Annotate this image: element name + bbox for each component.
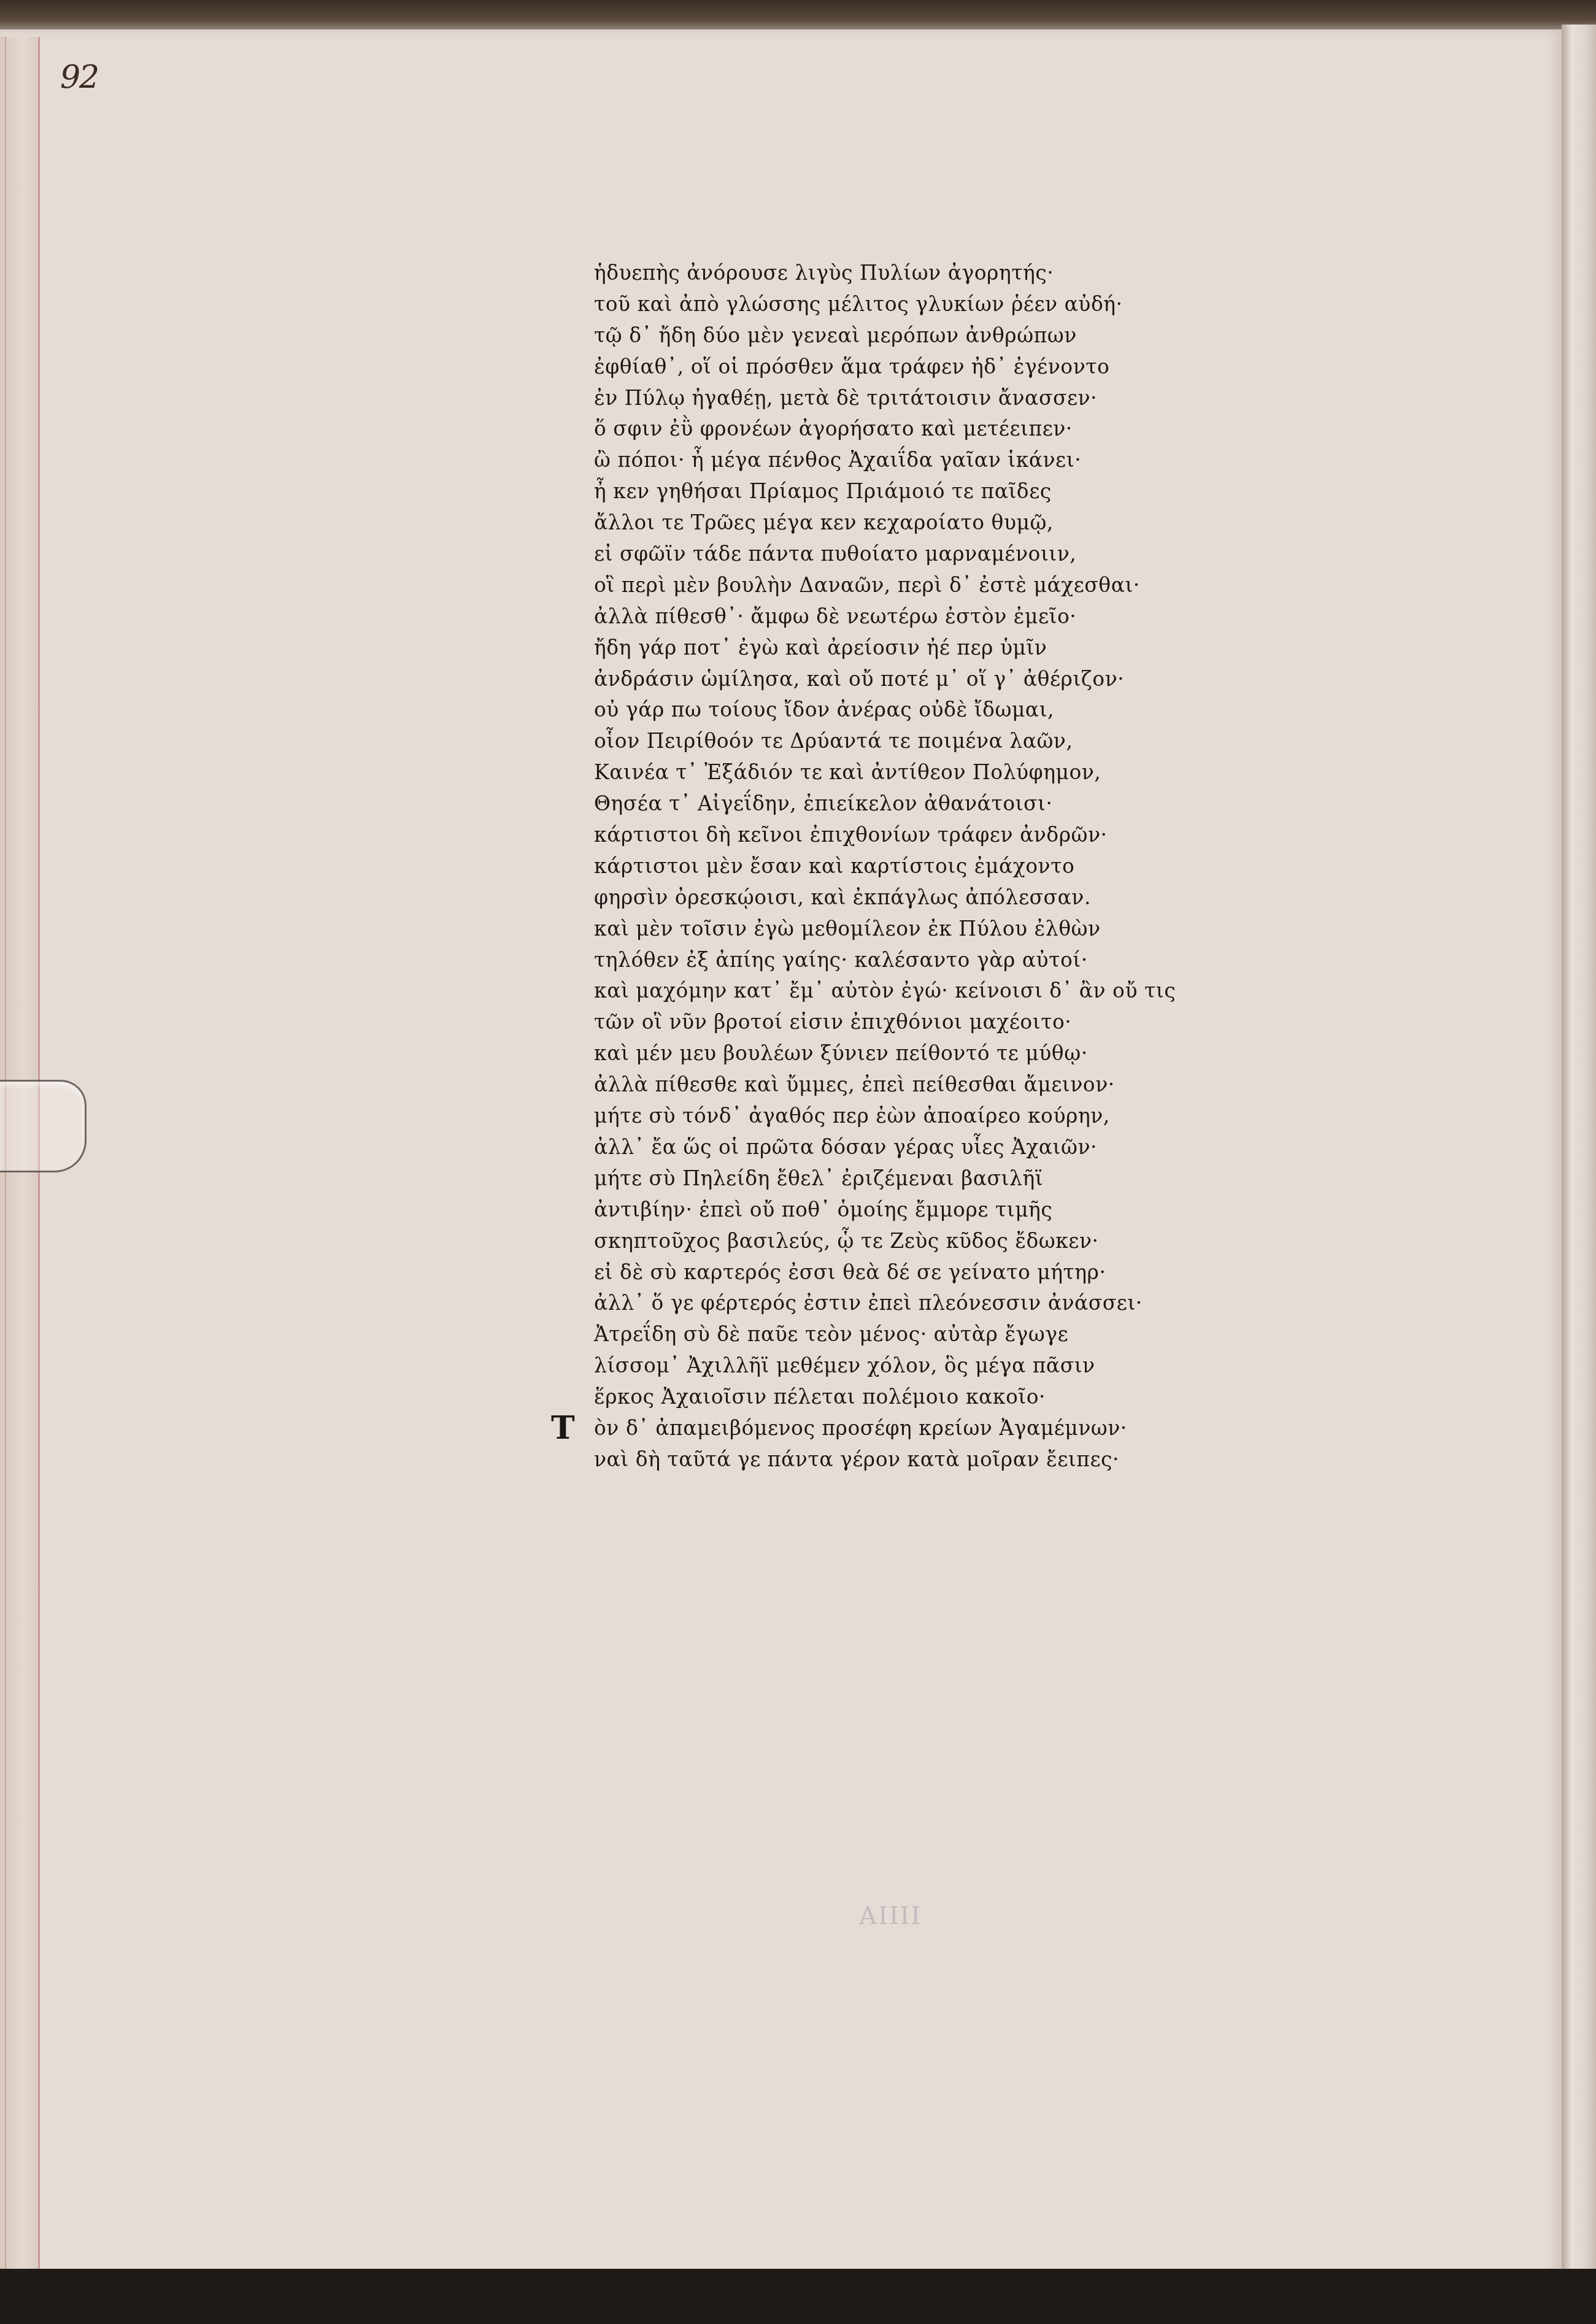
verse-line: Καινέα τ᾽ Ἐξάδιόν τε καὶ ἀντίθεον Πολύφη… xyxy=(594,757,1300,788)
verse-line: λίσσομ᾽ Ἀχιλλῆϊ μεθέμεν χόλον, ὃς μέγα π… xyxy=(594,1350,1300,1382)
verse-line: ἀλλὰ πίθεσθε καὶ ὔμμες, ἐπεὶ πείθεσθαι ἄ… xyxy=(594,1069,1300,1101)
verse-line: ἀνδράσιν ὡμίλησα, καὶ οὔ ποτέ μ᾽ οἵ γ᾽ ἀ… xyxy=(594,664,1300,695)
verse-line: οὐ γάρ πω τοίους ἴδον ἀνέρας οὐδὲ ἴδωμαι… xyxy=(594,695,1300,726)
verse-line: ἄλλοι τε Τρῶες μέγα κεν κεχαροίατο θυμῷ, xyxy=(594,507,1300,539)
verse-line: ναὶ δὴ ταῦτά γε πάντα γέρον κατὰ μοῖραν … xyxy=(594,1444,1300,1476)
verse-line: ἕρκος Ἀχαιοῖσιν πέλεται πολέμοιο κακοῖο· xyxy=(594,1382,1300,1413)
verse-line: καὶ μαχόμην κατ᾽ ἔμ᾽ αὐτὸν ἐγώ· κείνοισι… xyxy=(594,975,1300,1007)
verse-line: ἦ κεν γηθήσαι Πρίαμος Πριάμοιό τε παῖδες xyxy=(594,476,1300,507)
verse-line: μήτε σὺ τόνδ᾽ ἀγαθός περ ἐὼν ἀποαίρεο κο… xyxy=(594,1101,1300,1132)
verse-line-text: ὸν δ᾽ ἀπαμειβόμενος προσέφη κρείων Ἀγαμέ… xyxy=(594,1416,1127,1440)
verse-line: ἀντιβίην· ἐπεὶ οὔ ποθ᾽ ὁμοίης ἔμμορε τιμ… xyxy=(594,1195,1300,1226)
folio-number: 92 xyxy=(60,59,98,96)
verse-line: κάρτιστοι δὴ κεῖνοι ἐπιχθονίων τράφεν ἀν… xyxy=(594,820,1300,851)
verse-line: τοῦ καὶ ἀπὸ γλώσσης μέλιτος γλυκίων ῥέεν… xyxy=(594,289,1300,320)
verse-line: ὅ σφιν ἐῢ φρονέων ἀγορήσατο καὶ μετέειπε… xyxy=(594,414,1300,445)
verse-line-with-initial: Τ ὸν δ᾽ ἀπαμειβόμενος προσέφη κρείων Ἀγα… xyxy=(594,1413,1300,1444)
verse-line: τῶν οἳ νῦν βροτοί εἰσιν ἐπιχθόνιοι μαχέο… xyxy=(594,1007,1300,1038)
verse-line: τῷ δ᾽ ἤδη δύο μὲν γενεαὶ μερόπων ἀνθρώπω… xyxy=(594,320,1300,352)
verse-line: μήτε σὺ Πηλείδη ἔθελ᾽ ἐριζέμεναι βασιλῆϊ xyxy=(594,1163,1300,1195)
verse-line: καὶ μὲν τοῖσιν ἐγὼ μεθομίλεον ἐκ Πύλου ἐ… xyxy=(594,914,1300,945)
verse-line: ἡδυεπὴς ἀνόρουσε λιγὺς Πυλίων ἀγορητής· xyxy=(594,258,1300,289)
verse-text-block: ἡδυεπὴς ἀνόρουσε λιγὺς Πυλίων ἀγορητής· … xyxy=(594,258,1300,1476)
verse-line: οἷον Πειρίθοόν τε Δρύαντά τε ποιμένα λαῶ… xyxy=(594,726,1300,757)
verse-line: Ἀτρεΐδη σὺ δὲ παῦε τεὸν μένος· αὐτὰρ ἔγω… xyxy=(594,1319,1300,1350)
verse-line: ἀλλ᾽ ἔα ὥς οἱ πρῶτα δόσαν γέρας υἷες Ἀχα… xyxy=(594,1132,1300,1163)
verse-line: εἰ δὲ σὺ καρτερός ἐσσι θεὰ δέ σε γείνατο… xyxy=(594,1257,1300,1288)
verse-line: οἳ περὶ μὲν βουλὴν Δαναῶν, περὶ δ᾽ ἐστὲ … xyxy=(594,570,1300,601)
verse-line: κάρτιστοι μὲν ἔσαν καὶ καρτίστοις ἐμάχον… xyxy=(594,851,1300,882)
verse-line: ἐν Πύλῳ ἠγαθέῃ, μετὰ δὲ τριτάτοισιν ἄνασ… xyxy=(594,383,1300,414)
book-binding-bottom xyxy=(0,2269,1596,2324)
page-clip xyxy=(0,1080,87,1172)
verse-line: ἀλλὰ πίθεσθ᾽· ἄμφω δὲ νεωτέρω ἐστὸν ἐμεῖ… xyxy=(594,601,1300,633)
verse-line: τηλόθεν ἐξ ἀπίης γαίης· καλέσαντο γὰρ αὐ… xyxy=(594,945,1300,976)
verse-line: Θησέα τ᾽ Αἰγεΐδην, ἐπιείκελον ἀθανάτοισι… xyxy=(594,788,1300,820)
verse-line: καὶ μέν μευ βουλέων ξύνιεν πείθοντό τε μ… xyxy=(594,1038,1300,1069)
page-edges-right xyxy=(1562,25,1596,2295)
verse-line: φηρσὶν ὀρεσκῴοισι, καὶ ἐκπάγλως ἀπόλεσσα… xyxy=(594,882,1300,914)
initial-letter: Τ xyxy=(551,1413,575,1444)
verse-line: εἰ σφῶϊν τάδε πάντα πυθοίατο μαρναμένοιι… xyxy=(594,539,1300,570)
verse-line: ἀλλ᾽ ὅ γε φέρτερός ἐστιν ἐπεὶ πλεόνεσσιν… xyxy=(594,1288,1300,1319)
bleed-through-signature: AIIII xyxy=(859,1902,922,1930)
verse-line: ὢ πόποι· ἦ μέγα πένθος Ἀχαιΐδα γαῖαν ἱκά… xyxy=(594,445,1300,476)
verse-line: ἤδη γάρ ποτ᾽ ἐγὼ καὶ ἀρείοσιν ἠέ περ ὑμῖ… xyxy=(594,633,1300,664)
verse-line: σκηπτοῦχος βασιλεύς, ᾧ τε Ζεὺς κῦδος ἔδω… xyxy=(594,1226,1300,1257)
verse-line: ἐφθίαθ᾽, οἵ οἱ πρόσθεν ἅμα τράφεν ἠδ᾽ ἐγ… xyxy=(594,352,1300,383)
